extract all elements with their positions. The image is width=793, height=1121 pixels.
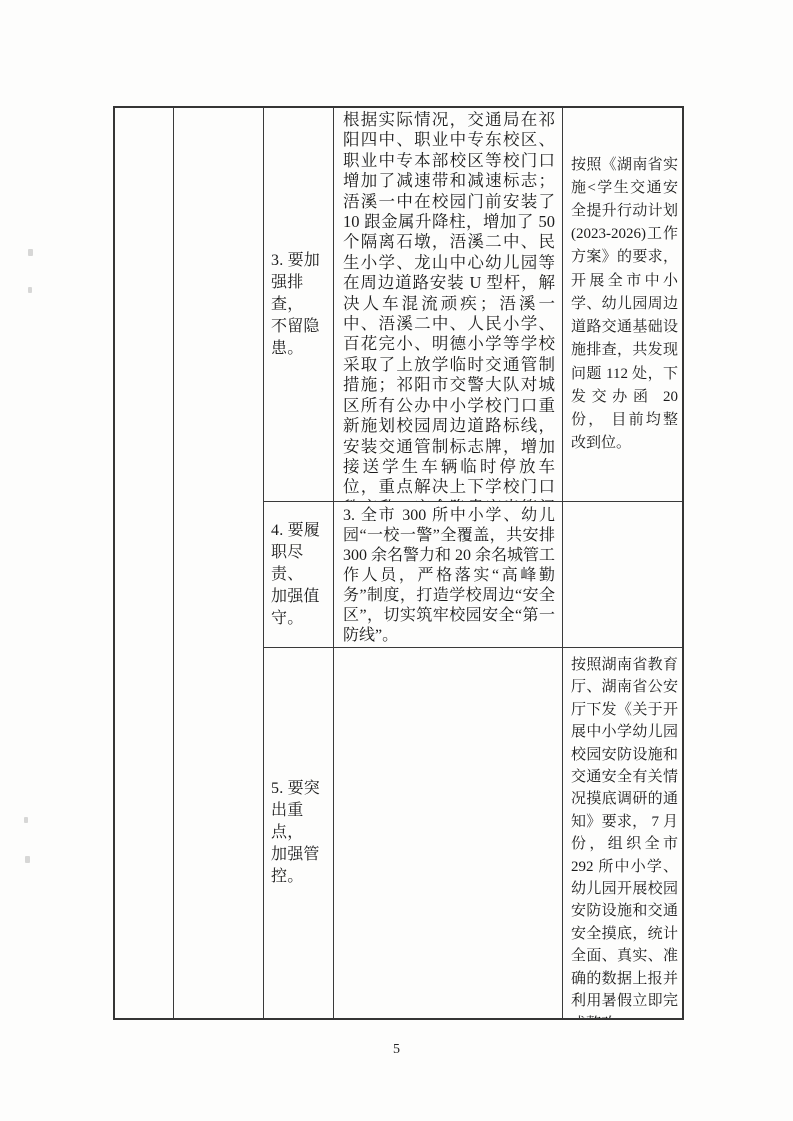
scan-speck xyxy=(28,287,32,293)
scan-speck xyxy=(28,249,33,256)
cell-measures-item-3: 根据实际情况，交通局在祁阳四中、职业中专东校区、职业中专本部校区等校门口增加了减… xyxy=(333,108,562,501)
cell-measures-item-4: 3. 全市 300 所中小学、幼儿园“一校一警”全覆盖，共安排 300 余名警力… xyxy=(333,501,562,647)
document-page: 3. 要加 强排查， 不留隐 患。 根据实际情况，交通局在祁阳四中、职业中专东校… xyxy=(0,0,793,1121)
page-number: 5 xyxy=(0,1042,793,1058)
cell-progress-item-5: 按照湖南省教育厅、湖南省公安厅下发《关于开展中小学幼儿园校园安防设施和交通安全有… xyxy=(562,647,682,1018)
scan-speck xyxy=(25,856,30,863)
document-table: 3. 要加 强排查， 不留隐 患。 根据实际情况，交通局在祁阳四中、职业中专东校… xyxy=(113,106,684,1020)
cell-progress-item-3: 按照《湖南省实施<学生交通安全提升行动计划(2023-2026)工作方案》的要求… xyxy=(562,108,682,501)
empty-column-2 xyxy=(173,108,263,1018)
cell-progress-item-4 xyxy=(562,501,682,647)
cell-requirement-item-5: 5. 要突 出重点， 加强管 控。 xyxy=(263,647,333,1018)
empty-column-1 xyxy=(115,108,173,1018)
cell-requirement-item-4: 4. 要履 职尽责、 加强值 守。 xyxy=(263,501,333,647)
cell-requirement-item-3: 3. 要加 强排查， 不留隐 患。 xyxy=(263,108,333,501)
cell-measures-item-5 xyxy=(333,647,562,1018)
progress-text-item-3: 按照《湖南省实施<学生交通安全提升行动计划(2023-2026)工作方案》的要求… xyxy=(571,154,678,456)
scan-speck xyxy=(24,817,28,823)
